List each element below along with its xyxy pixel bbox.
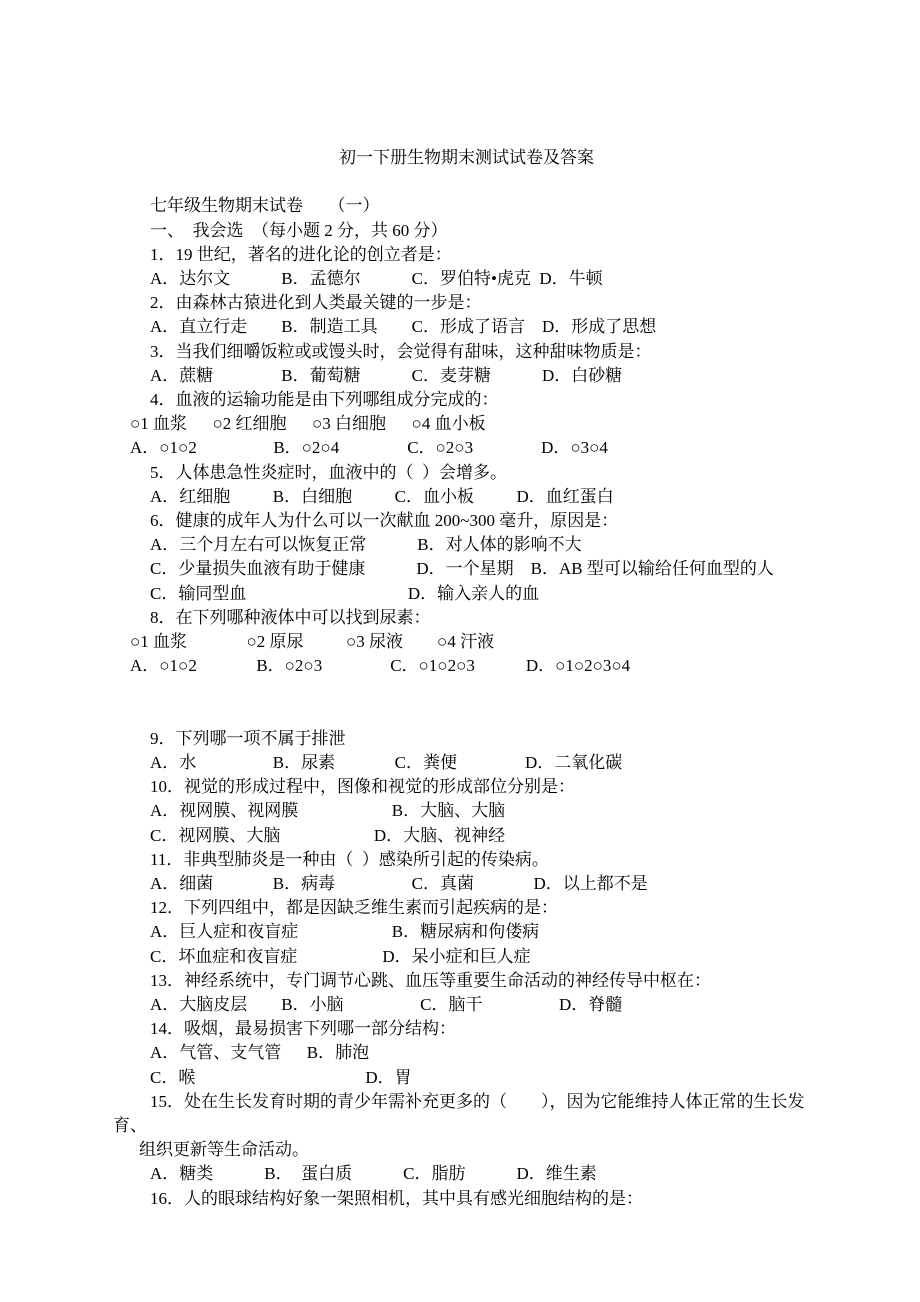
blank-line (113, 170, 820, 194)
question-8-items: ○1 血浆 ○2 原尿 ○3 尿液 ○4 汗液 (113, 630, 820, 654)
doc-title: 初一下册生物期末测试试卷及答案 (113, 146, 820, 170)
blank-line (113, 703, 820, 727)
question-11: 11．非典型肺炎是一种由（ ）感染所引起的传染病。 (113, 848, 820, 872)
question-9: 9．下列哪一项不属于排泄 (113, 727, 820, 751)
question-15-continuation-1: 育、 (113, 1114, 820, 1138)
question-13: 13．神经系统中，专门调节心跳、血压等重要生命活动的神经传导中枢在： (113, 969, 820, 993)
question-10-options-1: A．视网膜、视网膜 B．大脑、大脑 (113, 799, 820, 823)
question-2-options: A．直立行走 B．制造工具 C．形成了语言 D．形成了思想 (113, 315, 820, 339)
question-8: 8．在下列哪种液体中可以找到尿素： (113, 606, 820, 630)
question-5-options: A．红细胞 B．白细胞 C．血小板 D．血红蛋白 (113, 485, 820, 509)
question-6-options-2: C．少量损失血液有助于健康 D．一个星期 B．AB 型可以输给任何血型的人 (113, 557, 820, 581)
question-12-options-2: C．坏血症和夜盲症 D．呆小症和巨人症 (113, 945, 820, 969)
question-12: 12．下列四组中，都是因缺乏维生素而引起疾病的是： (113, 896, 820, 920)
paper-subtitle: 七年级生物期末试卷 （一） (113, 194, 820, 218)
question-15-continuation-2: 组织更新等生命活动。 (113, 1138, 820, 1162)
question-3-options: A．蔗糖 B．葡萄糖 C．麦芽糖 D．白砂糖 (113, 364, 820, 388)
question-11-options: A．细菌 B．病毒 C．真菌 D．以上都不是 (113, 872, 820, 896)
question-10-options-2: C．视网膜、大脑 D．大脑、视神经 (113, 824, 820, 848)
question-15-options: A．糖类 B． 蛋白质 C．脂肪 D．维生素 (113, 1162, 820, 1186)
question-3: 3．当我们细嚼饭粒或或馒头时，会觉得有甜味，这种甜味物质是： (113, 340, 820, 364)
question-2: 2．由森林古猿进化到人类最关键的一步是： (113, 291, 820, 315)
section-heading: 一、 我会选 （每小题 2 分，共 60 分） (113, 219, 820, 243)
question-12-options-1: A．巨人症和夜盲症 B．糖尿病和佝偻病 (113, 920, 820, 944)
question-7-options: C．输同型血 D．输入亲人的血 (113, 582, 820, 606)
question-14: 14．吸烟，最易损害下列哪一部分结构： (113, 1017, 820, 1041)
question-1-options: A．达尔文 B．孟德尔 C．罗伯特•虎克 D．牛顿 (113, 267, 820, 291)
question-4-options: A．○1○2 B．○2○4 C．○2○3 D．○3○4 (113, 436, 820, 460)
question-6-options-1: A．三个月左右可以恢复正常 B．对人体的影响不大 (113, 533, 820, 557)
question-9-options: A．水 B．尿素 C．粪便 D．二氧化碳 (113, 751, 820, 775)
question-14-options-1: A．气管、支气管 B．肺泡 (113, 1041, 820, 1065)
document-page: 初一下册生物期末测试试卷及答案 七年级生物期末试卷 （一） 一、 我会选 （每小… (0, 0, 920, 1302)
question-8-options: A．○1○2 B．○2○3 C．○1○2○3 D．○1○2○3○4 (113, 654, 820, 678)
question-15: 15．处在生长发育时期的青少年需补充更多的（ ），因为它能维持人体正常的生长发 (113, 1090, 820, 1114)
blank-line (113, 678, 820, 702)
question-16: 16．人的眼球结构好象一架照相机，其中具有感光细胞结构的是： (113, 1187, 820, 1211)
question-10: 10．视觉的形成过程中，图像和视觉的形成部位分别是： (113, 775, 820, 799)
question-14-options-2: C．喉 D．胃 (113, 1066, 820, 1090)
question-13-options: A．大脑皮层 B．小脑 C．脑干 D．脊髓 (113, 993, 820, 1017)
question-1: 1．19 世纪，著名的进化论的创立者是： (113, 243, 820, 267)
question-5: 5．人体患急性炎症时，血液中的（ ）会增多。 (113, 461, 820, 485)
question-4: 4．血液的运输功能是由下列哪组成分完成的： (113, 388, 820, 412)
question-4-items: ○1 血浆 ○2 红细胞 ○3 白细胞 ○4 血小板 (113, 412, 820, 436)
question-6: 6．健康的成年人为什么可以一次献血 200~300 毫升，原因是： (113, 509, 820, 533)
